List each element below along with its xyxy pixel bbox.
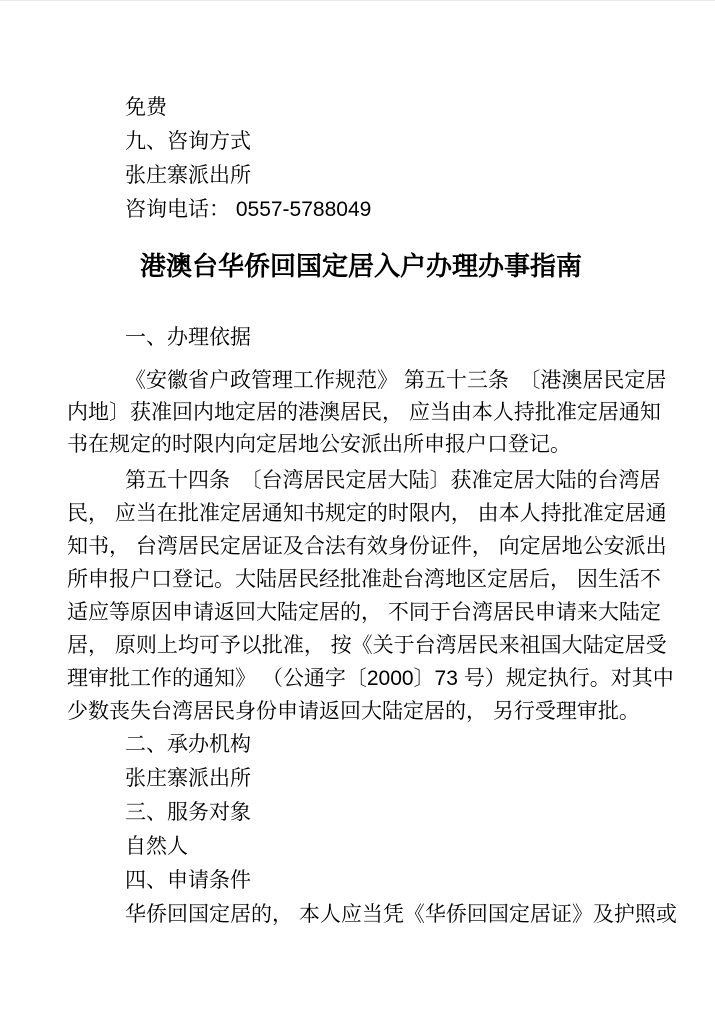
section-two-heading: 二、承办机构: [67, 728, 655, 762]
para-line: 居， 原则上均可予以批准， 按《关于台湾居民来祖国大陆定居受: [67, 629, 655, 662]
para-line: 民， 应当在批准定居通知书规定的时限内， 由本人持批准定居通: [67, 497, 655, 530]
para-line: 少数丧失台湾居民身份申请返回大陆定居的， 另行受理审批。: [67, 695, 655, 728]
para-line: 内地〕获准回内地定居的港澳居民， 应当由本人持批准定居通知: [67, 397, 655, 429]
section-nine-heading: 九、咨询方式: [67, 125, 655, 159]
document-title: 港澳台华侨回国定居入户办理办事指南: [67, 243, 655, 289]
document-content: 免费 九、咨询方式 张庄寨派出所 咨询电话： 0557-5788049 港澳台华…: [0, 1, 715, 932]
para-line: 《安徽省户政管理工作规范》 第五十三条 〔港澳居民定居: [67, 365, 655, 397]
section-one-heading: 一、办理依据: [67, 321, 655, 355]
fee-line: 免费: [67, 91, 655, 125]
section-four-heading: 四、申请条件: [67, 864, 655, 898]
section-four-body: 华侨回国定居的， 本人应当凭《华侨回国定居证》及护照或: [67, 898, 655, 932]
section-three-body: 自然人: [67, 830, 655, 864]
section-three-heading: 三、服务对象: [67, 796, 655, 830]
para-line: 所申报户口登记。大陆居民经批准赴台湾地区定居后， 因生活不: [67, 563, 655, 596]
para-line: 知书， 台湾居民定居证及合法有效身份证件， 向定居地公安派出: [67, 530, 655, 563]
document-page: 免费 九、咨询方式 张庄寨派出所 咨询电话： 0557-5788049 港澳台华…: [0, 0, 715, 1011]
consult-phone-line: 咨询电话： 0557-5788049: [67, 193, 655, 227]
paragraph-basis-2: 第五十四条 〔台湾居民定居大陆〕获准定居大陆的台湾居 民， 应当在批准定居通知书…: [67, 464, 655, 728]
section-two-body: 张庄寨派出所: [67, 762, 655, 796]
para-line: 适应等原因申请返回大陆定居的， 不同于台湾居民申请来大陆定: [67, 596, 655, 629]
para-line: 第五十四条 〔台湾居民定居大陆〕获准定居大陆的台湾居: [67, 464, 655, 497]
para-line: 书在规定的时限内向定居地公安派出所申报户口登记。: [67, 429, 655, 461]
para-line: 理审批工作的通知》 （公通字〔2000〕73 号）规定执行。对其中: [67, 662, 655, 695]
paragraph-basis-1: 《安徽省户政管理工作规范》 第五十三条 〔港澳居民定居 内地〕获准回内地定居的港…: [67, 365, 655, 461]
police-station-name: 张庄寨派出所: [67, 159, 655, 193]
